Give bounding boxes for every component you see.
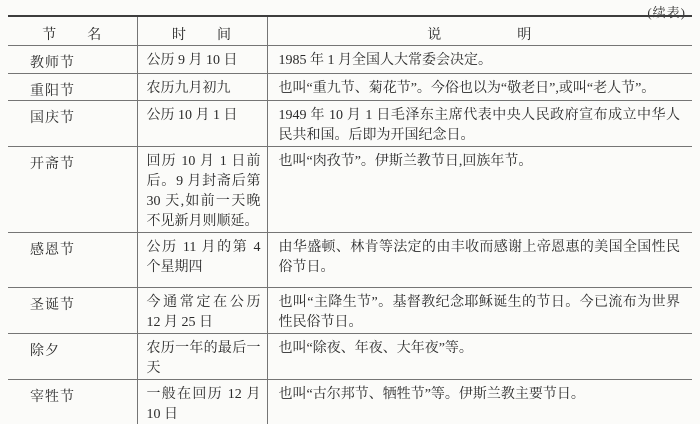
festival-time-cell: 今通常定在公历 12 月 25 日 <box>137 287 267 333</box>
festival-desc-cell: 也叫“主降生节”。基督教纪念耶稣诞生的节日。今已流布为世界性民俗节日。 <box>267 287 692 333</box>
table-row: 圣诞节 今通常定在公历 12 月 25 日 也叫“主降生节”。基督教纪念耶稣诞生… <box>8 287 692 333</box>
festival-name-cell: 国庆节 <box>8 100 137 146</box>
festival-time-cell: 公历 9 月 10 日 <box>137 45 267 73</box>
table-header-row: 节 名 时 间 说 明 <box>8 16 692 45</box>
festival-desc-cell: 由华盛顿、林肯等法定的由丰收而感谢上帝恩惠的美国全国性民俗节日。 <box>267 232 692 287</box>
header-festival-time: 时 间 <box>137 16 267 45</box>
header-festival-desc: 说 明 <box>267 16 692 45</box>
festival-time-cell: 一般在回历 12 月 10 日 <box>137 379 267 424</box>
festival-time-cell: 农历九月初九 <box>137 73 267 100</box>
festival-name-cell: 教师节 <box>8 45 137 73</box>
festival-name-cell: 感恩节 <box>8 232 137 287</box>
table-row: 教师节 公历 9 月 10 日 1985 年 1 月全国人大常委会决定。 <box>8 45 692 73</box>
festival-desc-cell: 1985 年 1 月全国人大常委会决定。 <box>267 45 692 73</box>
festival-name-cell: 开斋节 <box>8 146 137 232</box>
festival-name-cell: 圣诞节 <box>8 287 137 333</box>
table-row: 宰牲节 一般在回历 12 月 10 日 也叫“古尔邦节、牺牲节”等。伊斯兰教主要… <box>8 379 692 424</box>
festival-desc-cell: 也叫“除夜、年夜、大年夜”等。 <box>267 333 692 379</box>
festival-desc-cell: 也叫“重九节、菊花节”。今俗也以为“敬老日”,或叫“老人节”。 <box>267 73 692 100</box>
festival-time-cell: 回历 10 月 1 日前后。9 月封斋后第 30 天,如前一天晚不见新月则顺延。 <box>137 146 267 232</box>
festivals-table: 节 名 时 间 说 明 教师节 公历 9 月 10 日 1985 年 1 月全国… <box>8 15 692 424</box>
table-row: 重阳节 农历九月初九 也叫“重九节、菊花节”。今俗也以为“敬老日”,或叫“老人节… <box>8 73 692 100</box>
table-row: 除夕 农历一年的最后一天 也叫“除夜、年夜、大年夜”等。 <box>8 333 692 379</box>
festival-time-cell: 公历 11 月的第 4 个星期四 <box>137 232 267 287</box>
festival-name-cell: 除夕 <box>8 333 137 379</box>
table-row: 国庆节 公历 10 月 1 日 1949 年 10 月 1 日毛泽东主席代表中央… <box>8 100 692 146</box>
festival-desc-cell: 也叫“古尔邦节、牺牲节”等。伊斯兰教主要节日。 <box>267 379 692 424</box>
table-row: 感恩节 公历 11 月的第 4 个星期四 由华盛顿、林肯等法定的由丰收而感谢上帝… <box>8 232 692 287</box>
table-row: 开斋节 回历 10 月 1 日前后。9 月封斋后第 30 天,如前一天晚不见新月… <box>8 146 692 232</box>
festival-desc-cell: 1949 年 10 月 1 日毛泽东主席代表中央人民政府宣布成立中华人民共和国。… <box>267 100 692 146</box>
header-festival-name: 节 名 <box>8 16 137 45</box>
festival-desc-cell: 也叫“肉孜节”。伊斯兰教节日,回族年节。 <box>267 146 692 232</box>
festival-time-cell: 农历一年的最后一天 <box>137 333 267 379</box>
festival-name-cell: 重阳节 <box>8 73 137 100</box>
festival-time-cell: 公历 10 月 1 日 <box>137 100 267 146</box>
scanned-page: (续表) 节 名 时 间 说 明 教师节 公历 9 月 10 日 1985 年 … <box>0 0 700 424</box>
festival-name-cell: 宰牲节 <box>8 379 137 424</box>
